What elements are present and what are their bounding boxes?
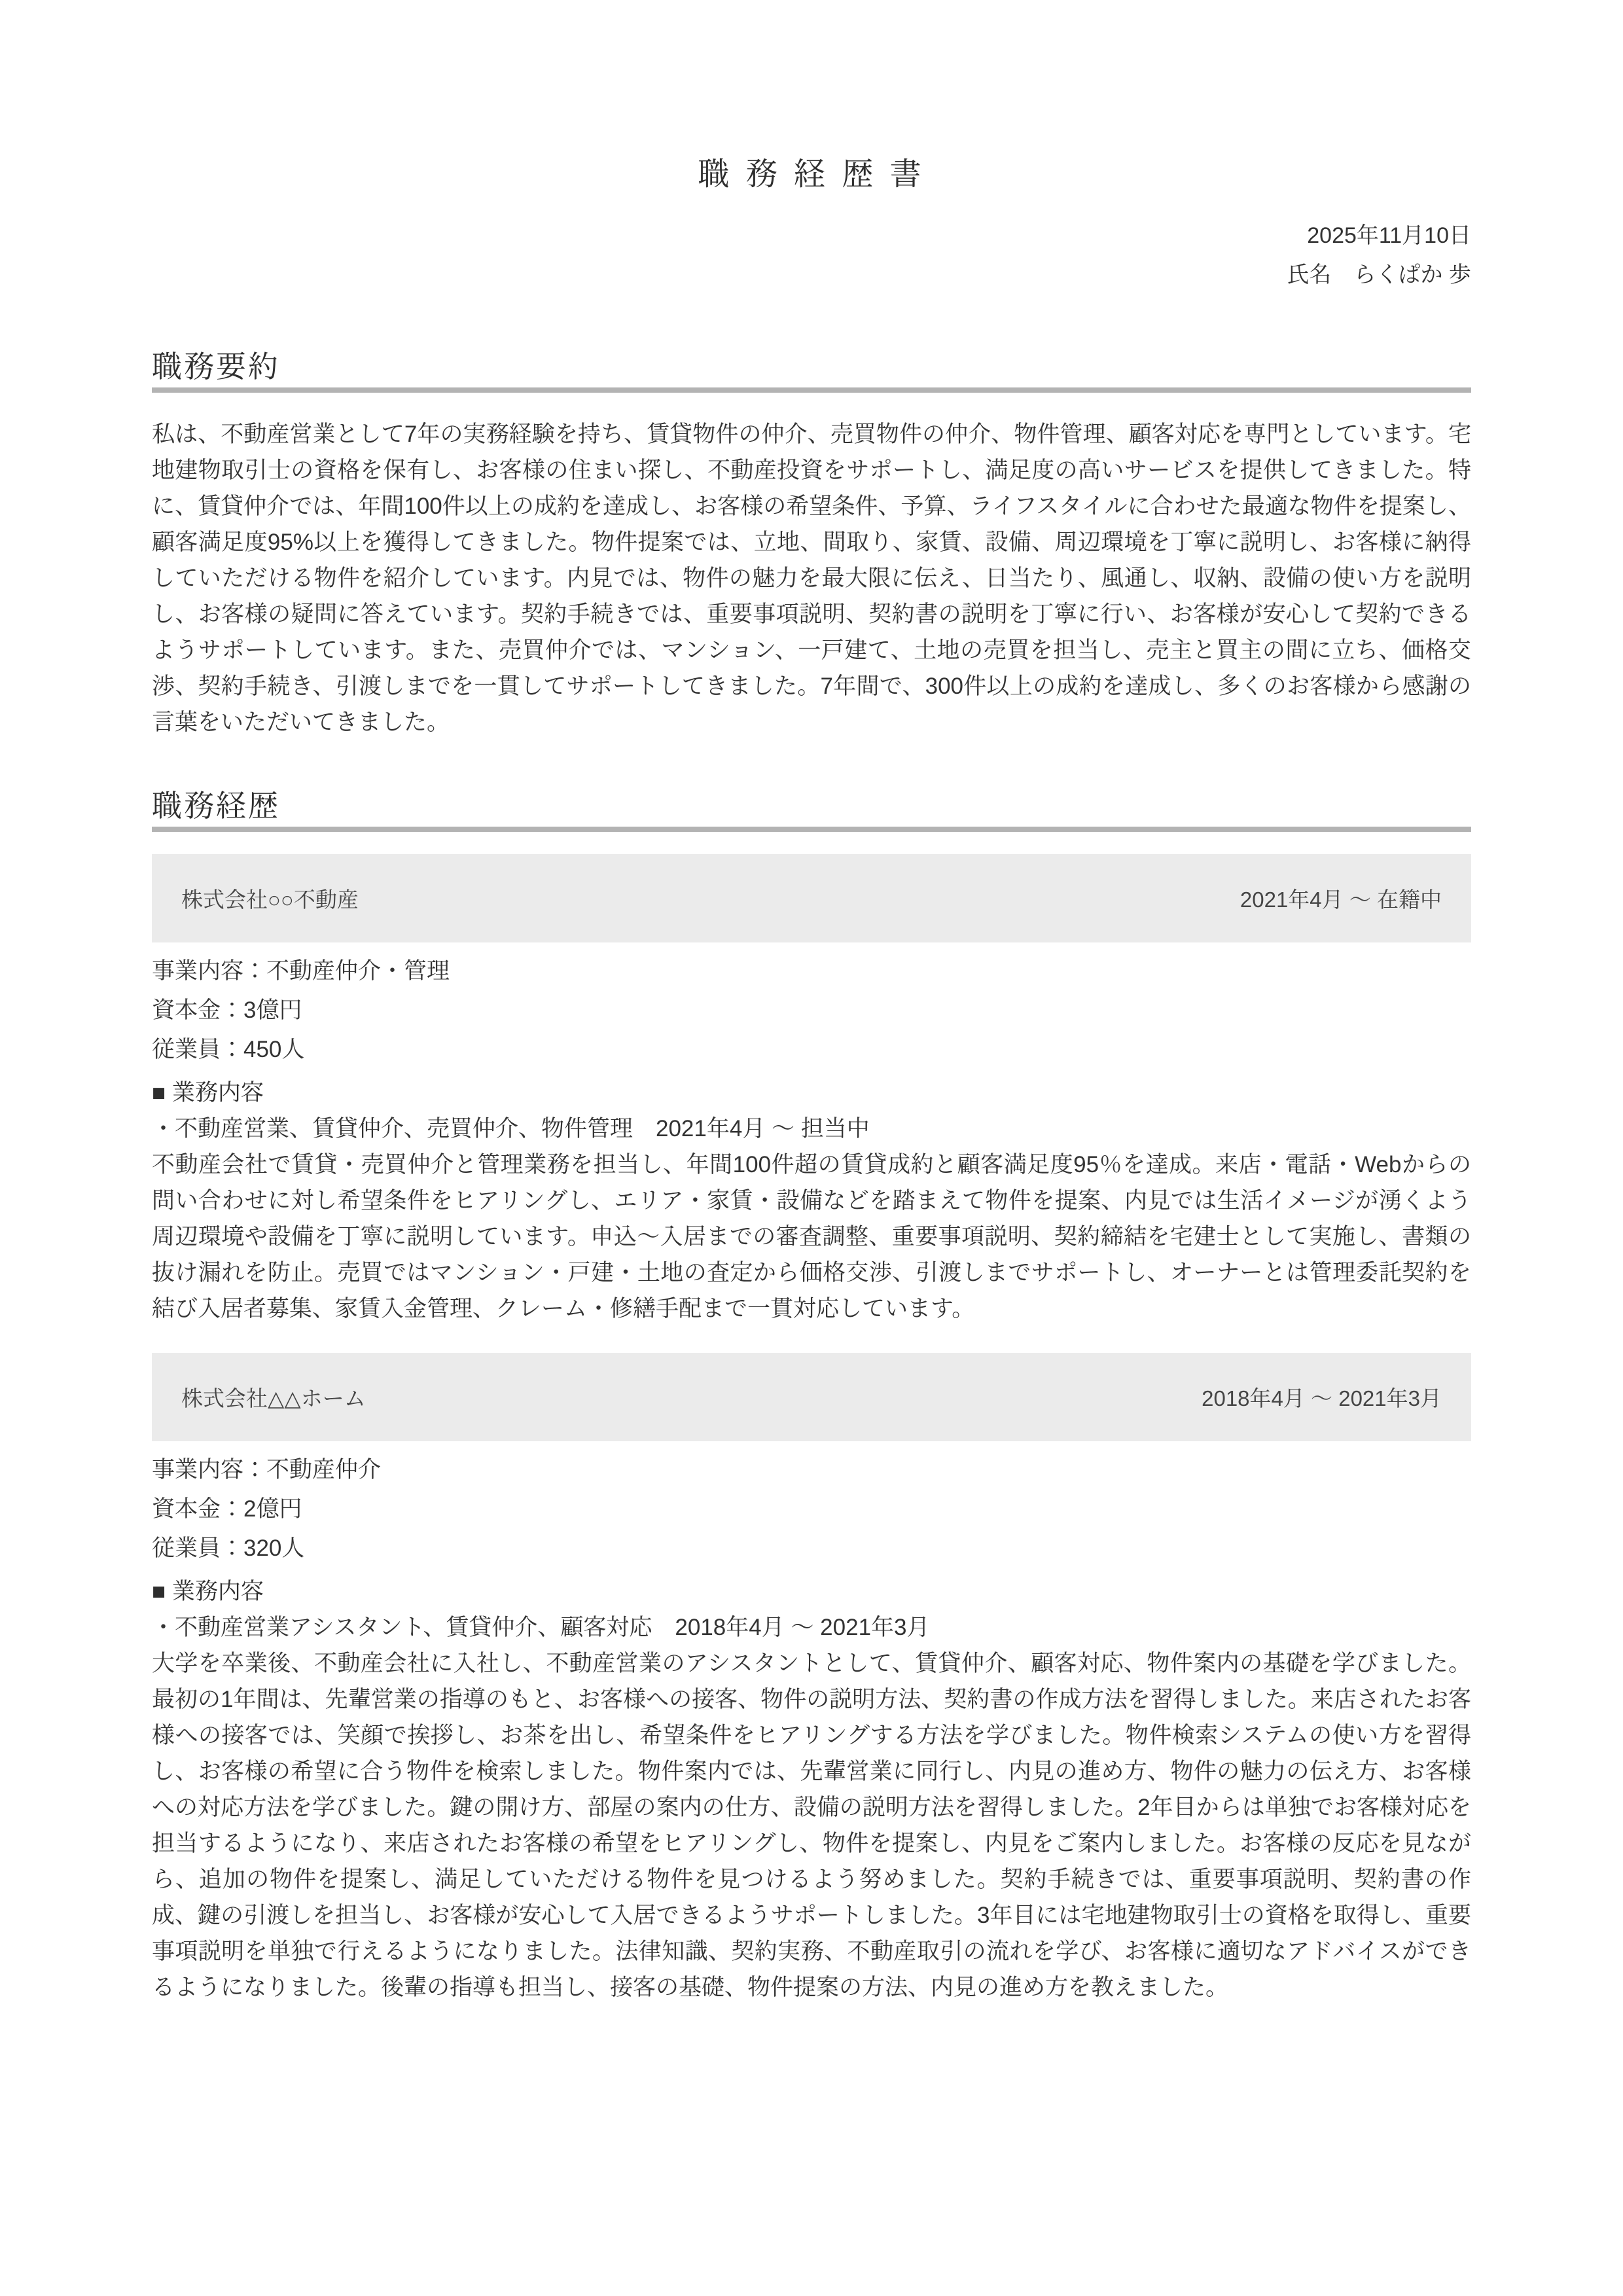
company-period: 2021年4月 ～ 在籍中 <box>1240 883 1442 914</box>
company-name: 株式会社△△ホーム <box>181 1382 366 1412</box>
duties-detail: 不動産会社で賃貸・売買仲介と管理業務を担当し、年間100件超の賃貸成約と顧客満足… <box>152 1147 1471 1327</box>
company-card: 株式会社○○不動産 2021年4月 ～ 在籍中 <box>152 854 1471 942</box>
document-meta: 2025年11月10日 氏名 らくぱか 歩 <box>152 216 1471 295</box>
applicant-name: 氏名 らくぱか 歩 <box>152 255 1471 295</box>
company-business: 事業内容：不動産仲介 <box>152 1450 1471 1490</box>
summary-section-heading: 職務要約 <box>152 348 1471 385</box>
duties-role: ・不動産営業、賃貸仲介、売買仲介、物件管理 2021年4月 ～ 担当中 <box>152 1111 1471 1147</box>
company-employees: 従業員：450人 <box>152 1030 1471 1069</box>
duties-heading: ■ 業務内容 <box>152 1075 1471 1111</box>
history-section-divider <box>152 827 1471 832</box>
company-info: 事業内容：不動産仲介 資本金：2億円 従業員：320人 <box>152 1450 1471 1568</box>
summary-paragraph: 私は、不動産営業として7年の実務経験を持ち、賃貸物件の仲介、売買物件の仲介、物件… <box>152 416 1471 740</box>
company-capital: 資本金：2億円 <box>152 1490 1471 1529</box>
summary-section-divider <box>152 387 1471 393</box>
company-period: 2018年4月 ～ 2021年3月 <box>1202 1382 1442 1412</box>
company-name: 株式会社○○不動産 <box>181 883 359 914</box>
history-section-heading: 職務経歴 <box>152 787 1471 824</box>
document-title: 職 務 経 歴 書 <box>152 0 1471 194</box>
company-capital: 資本金：3億円 <box>152 991 1471 1030</box>
duties-role: ・不動産営業アシスタント、賃貸仲介、顧客対応 2018年4月 ～ 2021年3月 <box>152 1609 1471 1645</box>
company-employees: 従業員：320人 <box>152 1529 1471 1568</box>
company-card: 株式会社△△ホーム 2018年4月 ～ 2021年3月 <box>152 1353 1471 1441</box>
resume-page: 職 務 経 歴 書 2025年11月10日 氏名 らくぱか 歩 職務要約 私は、… <box>0 0 1623 2296</box>
duties-detail: 大学を卒業後、不動産会社に入社し、不動産営業のアシスタントとして、賃貸仲介、顧客… <box>152 1645 1471 2005</box>
document-date: 2025年11月10日 <box>152 216 1471 255</box>
duties-heading: ■ 業務内容 <box>152 1573 1471 1609</box>
company-info: 事業内容：不動産仲介・管理 資本金：3億円 従業員：450人 <box>152 952 1471 1069</box>
company-business: 事業内容：不動産仲介・管理 <box>152 952 1471 991</box>
